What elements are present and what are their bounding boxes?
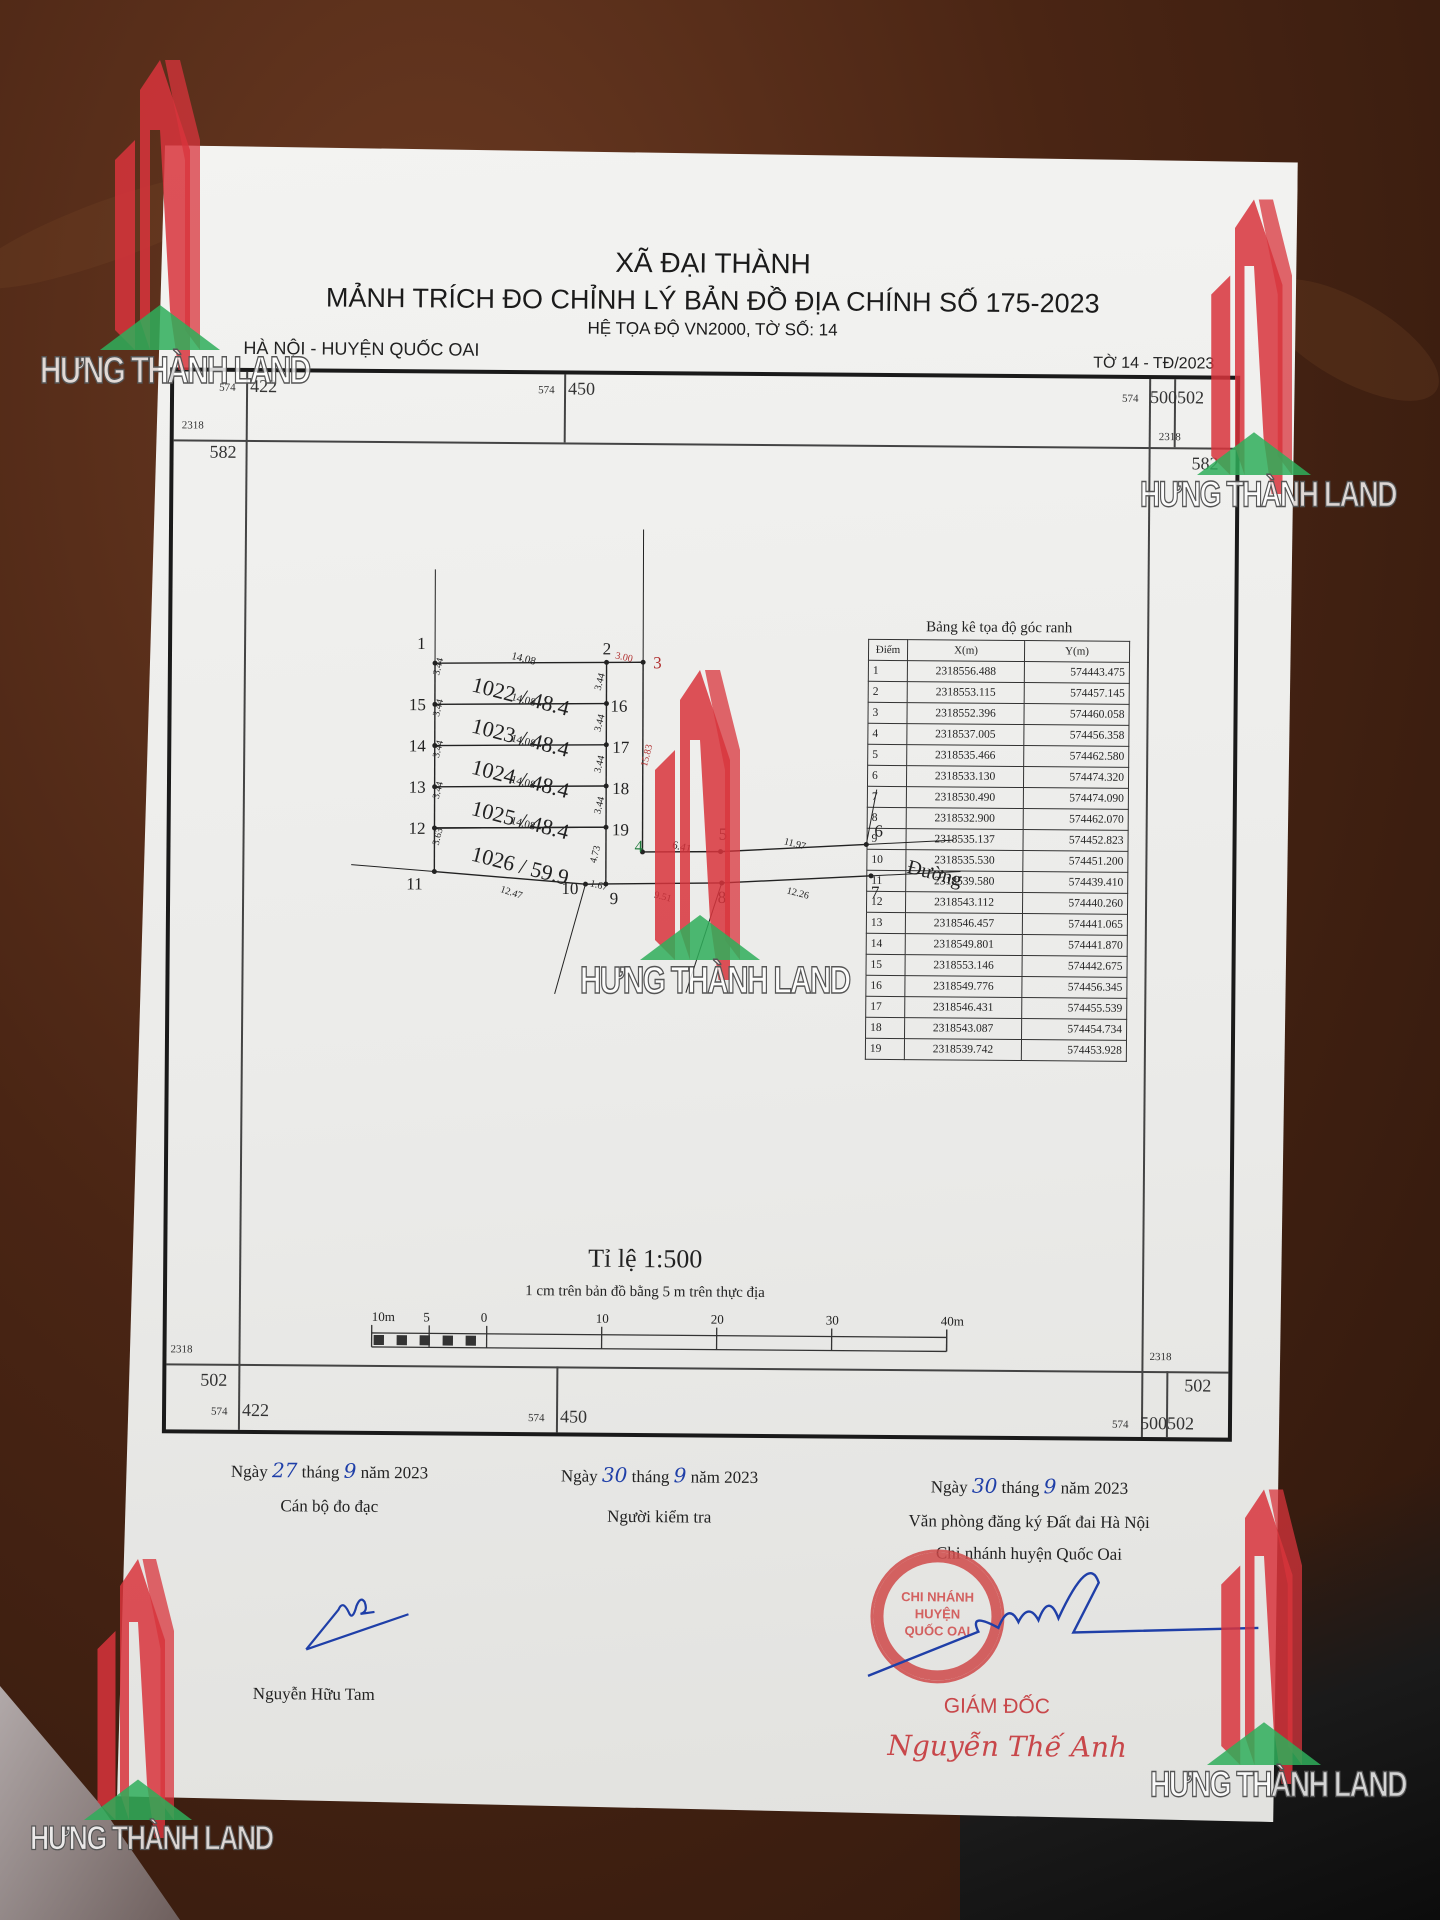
- director-name: Nguyễn Thế Anh: [887, 1729, 1127, 1764]
- ht-logo-icon: [40, 50, 280, 370]
- watermark-text: HƯNG THÀNH LAND: [580, 960, 850, 1003]
- document-title: MẢNH TRÍCH ĐO CHỈNH LÝ BẢN ĐỒ ĐỊA CHÍNH …: [129, 281, 1297, 321]
- surveyor-block: Ngày 27 tháng 9 năm 2023 Cán bộ đo đạc: [179, 1457, 479, 1517]
- scale-tick-label: 30: [826, 1313, 839, 1328]
- handwritten-day: 30: [972, 1474, 998, 1498]
- handwritten-day: 30: [602, 1463, 628, 1487]
- office-block: Ngày 30 tháng 9 năm 2023 Văn phòng đăng …: [859, 1473, 1200, 1566]
- office-org: Văn phòng đăng ký Đất đai Hà Nội: [859, 1511, 1199, 1534]
- director-title: GIÁM ĐỐC: [944, 1694, 1050, 1719]
- handwritten-month: 9: [344, 1459, 357, 1483]
- commune-title: XÃ ĐẠI THÀNH: [129, 243, 1297, 284]
- inspector-date: Ngày 30 tháng 9 năm 2023: [509, 1462, 809, 1488]
- scale-tick-label: 5: [423, 1309, 430, 1324]
- scale-tick-label: 10m: [372, 1309, 395, 1324]
- handwritten-day: 27: [272, 1458, 298, 1482]
- office-date: Ngày 30 tháng 9 năm 2023: [859, 1473, 1199, 1500]
- ht-logo-icon: [1140, 190, 1368, 494]
- inspector-block: Ngày 30 tháng 9 năm 2023 Người kiểm tra: [509, 1462, 809, 1528]
- handwritten-month: 9: [1044, 1474, 1057, 1498]
- ht-logo-icon: [580, 660, 820, 980]
- scale-tick-label: 20: [711, 1312, 724, 1327]
- inspector-role: Người kiểm tra: [509, 1506, 809, 1528]
- surveyor-date: Ngày 27 tháng 9 năm 2023: [180, 1457, 480, 1483]
- surveyor-signature: [298, 1591, 419, 1662]
- scale-tick-label: 40m: [941, 1313, 964, 1328]
- watermark-text: HƯNG THÀNH LAND: [1150, 1765, 1406, 1806]
- watermark-text: HƯNG THÀNH LAND: [30, 1820, 273, 1859]
- ht-logo-icon: [30, 1550, 246, 1838]
- scale-tick-label: 0: [481, 1310, 488, 1325]
- ht-logo-icon: [1150, 1480, 1378, 1784]
- scale-tick-label: 10: [596, 1311, 609, 1326]
- handwritten-month: 9: [674, 1463, 687, 1487]
- surveyor-role: Cán bộ đo đạc: [179, 1495, 479, 1517]
- watermark-text: HƯNG THÀNH LAND: [1140, 475, 1396, 516]
- watermark-text: HƯNG THÀNH LAND: [40, 350, 310, 393]
